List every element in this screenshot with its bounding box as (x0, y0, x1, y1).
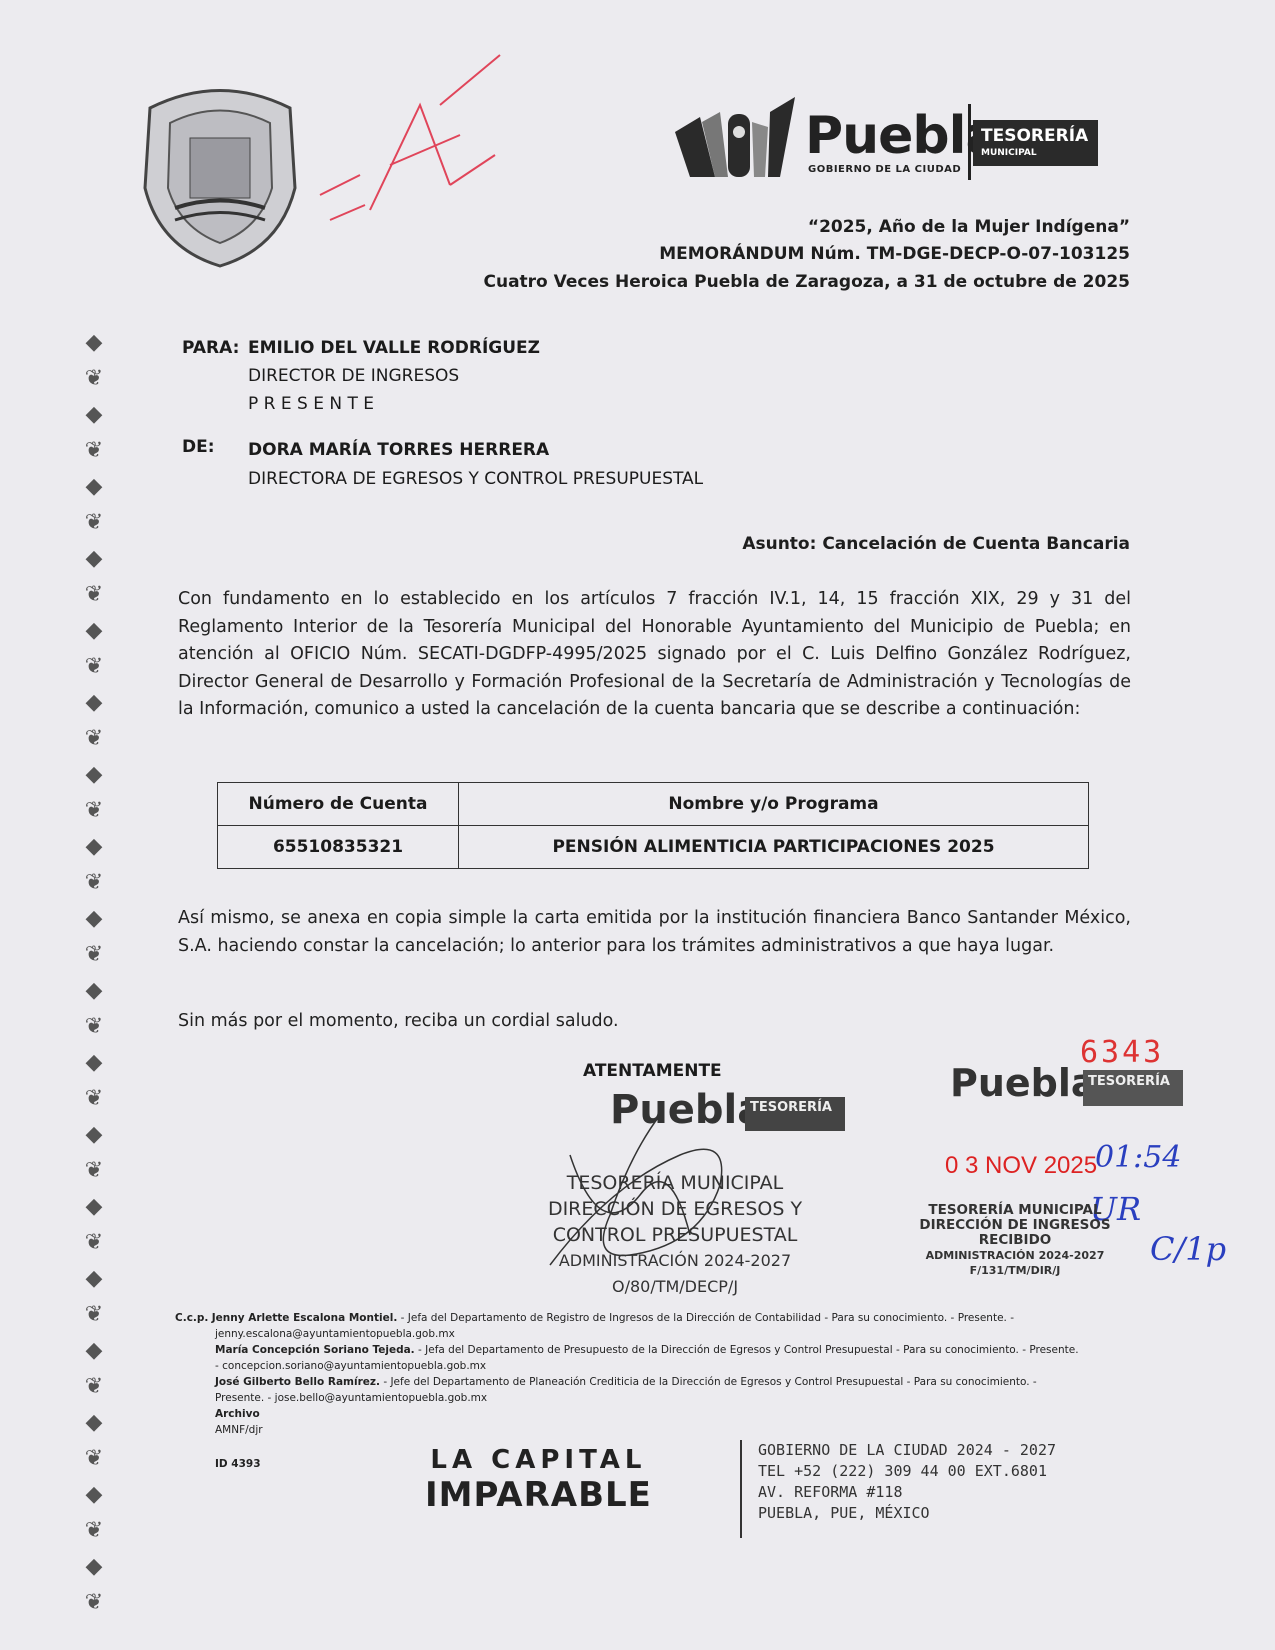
memo-number: MEMORÁNDUM Núm. TM-DGE-DECP-O-07-103125 (659, 244, 1130, 264)
year-motto: “2025, Año de la Mujer Indígena” (808, 217, 1130, 237)
slogan-bottom: IMPARABLE (425, 1475, 652, 1515)
ccp-item: José Gilberto Bello Ramírez. - Jefe del … (175, 1374, 1135, 1390)
recipient-name: EMILIO DEL VALLE RODRÍGUEZ (248, 338, 540, 358)
red-handwritten-mark (310, 45, 530, 245)
closing: ATENTAMENTE (583, 1061, 722, 1081)
ccp-email: - concepcion.soriano@ayuntamientopuebla.… (175, 1358, 1135, 1374)
sender-title: DIRECTORA DE EGRESOS Y CONTROL PRESUPUES… (248, 469, 703, 489)
rec-line: DIRECCIÓN DE INGRESOS (900, 1218, 1130, 1233)
ccp-email: Presente. - jose.bello@ayuntamientopuebl… (175, 1390, 1135, 1406)
ccp-name: María Concepción Soriano Tejeda. (215, 1344, 415, 1356)
header-account-number: Número de Cuenta (218, 783, 459, 826)
ccp-text: - Jefa del Departamento de Registro de I… (397, 1312, 1014, 1324)
ornamental-border: ◆❦◆❦◆❦◆❦◆❦◆❦◆❦◆❦◆❦◆❦◆❦◆❦◆❦◆❦◆❦◆❦◆❦◆❦ (72, 325, 116, 1645)
recipient-title: DIRECTOR DE INGRESOS (248, 366, 459, 386)
subject-line: Asunto: Cancelación de Cuenta Bancaria (742, 534, 1130, 554)
sender-name: DORA MARÍA TORRES HERRERA (248, 440, 549, 460)
stamp-logo-badge: TESORERÍA (745, 1097, 845, 1131)
ccp-name: Jenny Arlette Escalona Montiel. (212, 1312, 398, 1324)
badge-subtitle: MUNICIPAL (981, 148, 1037, 158)
tesoreria-badge: TESORERÍA MUNICIPAL (973, 120, 1098, 166)
body-paragraph-2: Así mismo, se anexa en copia simple la c… (178, 905, 1131, 960)
header-program-name: Nombre y/o Programa (459, 783, 1089, 826)
ccp-text: - Jefe del Departamento de Planeación Cr… (380, 1376, 1037, 1388)
handwritten-time: 01:54 (1095, 1140, 1181, 1175)
sender-label: DE: (182, 437, 215, 457)
ccp-text: - Jefa del Departamento de Presupuesto d… (415, 1344, 1079, 1356)
rec-line: TESORERÍA MUNICIPAL (900, 1203, 1130, 1218)
handwritten-copies: C/1p (1150, 1230, 1226, 1268)
coat-of-arms-seal-icon (130, 78, 310, 268)
account-table: Número de Cuenta Nombre y/o Programa 655… (217, 782, 1089, 869)
rec-line: ADMINISTRACIÓN 2024-2027 (900, 1248, 1130, 1263)
stamp-line: O/80/TM/DECP/J (520, 1274, 830, 1300)
recipient-presente: P R E S E N T E (248, 394, 374, 414)
rec-line: F/131/TM/DIR/J (900, 1263, 1130, 1278)
archive-initials: AMNF/djr (175, 1422, 1135, 1438)
handwritten-signature (530, 1095, 760, 1275)
ccp-prefix: C.c.p. (175, 1312, 208, 1324)
recipient-label: PARA: (182, 338, 239, 358)
ccp-item: María Concepción Soriano Tejeda. - Jefa … (175, 1342, 1135, 1358)
logo-subtitle: GOBIERNO DE LA CIUDAD (808, 164, 961, 175)
ccp-item: C.c.p. Jenny Arlette Escalona Montiel. -… (175, 1310, 1135, 1326)
ccp-email: jenny.escalona@ayuntamientopuebla.gob.mx (175, 1326, 1135, 1342)
address-line: PUEBLA, PUE, MÉXICO (758, 1503, 1056, 1524)
address-line: AV. REFORMA #118 (758, 1482, 1056, 1503)
body-paragraph-3: Sin más por el momento, reciba un cordia… (178, 1008, 1131, 1036)
footer-address: GOBIERNO DE LA CIUDAD 2024 - 2027 TEL +5… (740, 1440, 1056, 1538)
cell-program-name: PENSIÓN ALIMENTICIA PARTICIPACIONES 2025 (459, 826, 1089, 869)
logo-divider (968, 104, 971, 180)
rec-logo-badge: TESORERÍA (1083, 1070, 1183, 1106)
slogan-top: LA CAPITAL (425, 1445, 652, 1475)
puebla-city-emblem-icon (670, 92, 800, 182)
rec-line: RECIBIDO (900, 1233, 1130, 1248)
place-date: Cuatro Veces Heroica Puebla de Zaragoza,… (483, 272, 1130, 292)
body-paragraph-1: Con fundamento en lo establecido en los … (178, 586, 1131, 724)
address-line: TEL +52 (222) 309 44 00 EXT.6801 (758, 1461, 1056, 1482)
address-line: GOBIERNO DE LA CIUDAD 2024 - 2027 (758, 1440, 1056, 1461)
table-row: 65510835321 PENSIÓN ALIMENTICIA PARTICIP… (218, 826, 1089, 869)
received-date: 0 3 NOV 2025 (945, 1152, 1097, 1180)
archive-label: Archivo (175, 1406, 1135, 1422)
badge-title: TESORERÍA (981, 126, 1088, 146)
puebla-tesoreria-logo: Puebla GOBIERNO DE LA CIUDAD TESORERÍA M… (670, 92, 1100, 182)
received-stamp-text: TESORERÍA MUNICIPAL DIRECCIÓN DE INGRESO… (900, 1203, 1130, 1278)
received-stamp-logo: Puebla TESORERÍA (855, 1055, 1185, 1125)
rec-logo-word: Puebla (950, 1061, 1097, 1105)
ccp-name: José Gilberto Bello Ramírez. (215, 1376, 380, 1388)
cell-account-number: 65510835321 (218, 826, 459, 869)
slogan-logo: LA CAPITAL IMPARABLE (425, 1445, 652, 1515)
